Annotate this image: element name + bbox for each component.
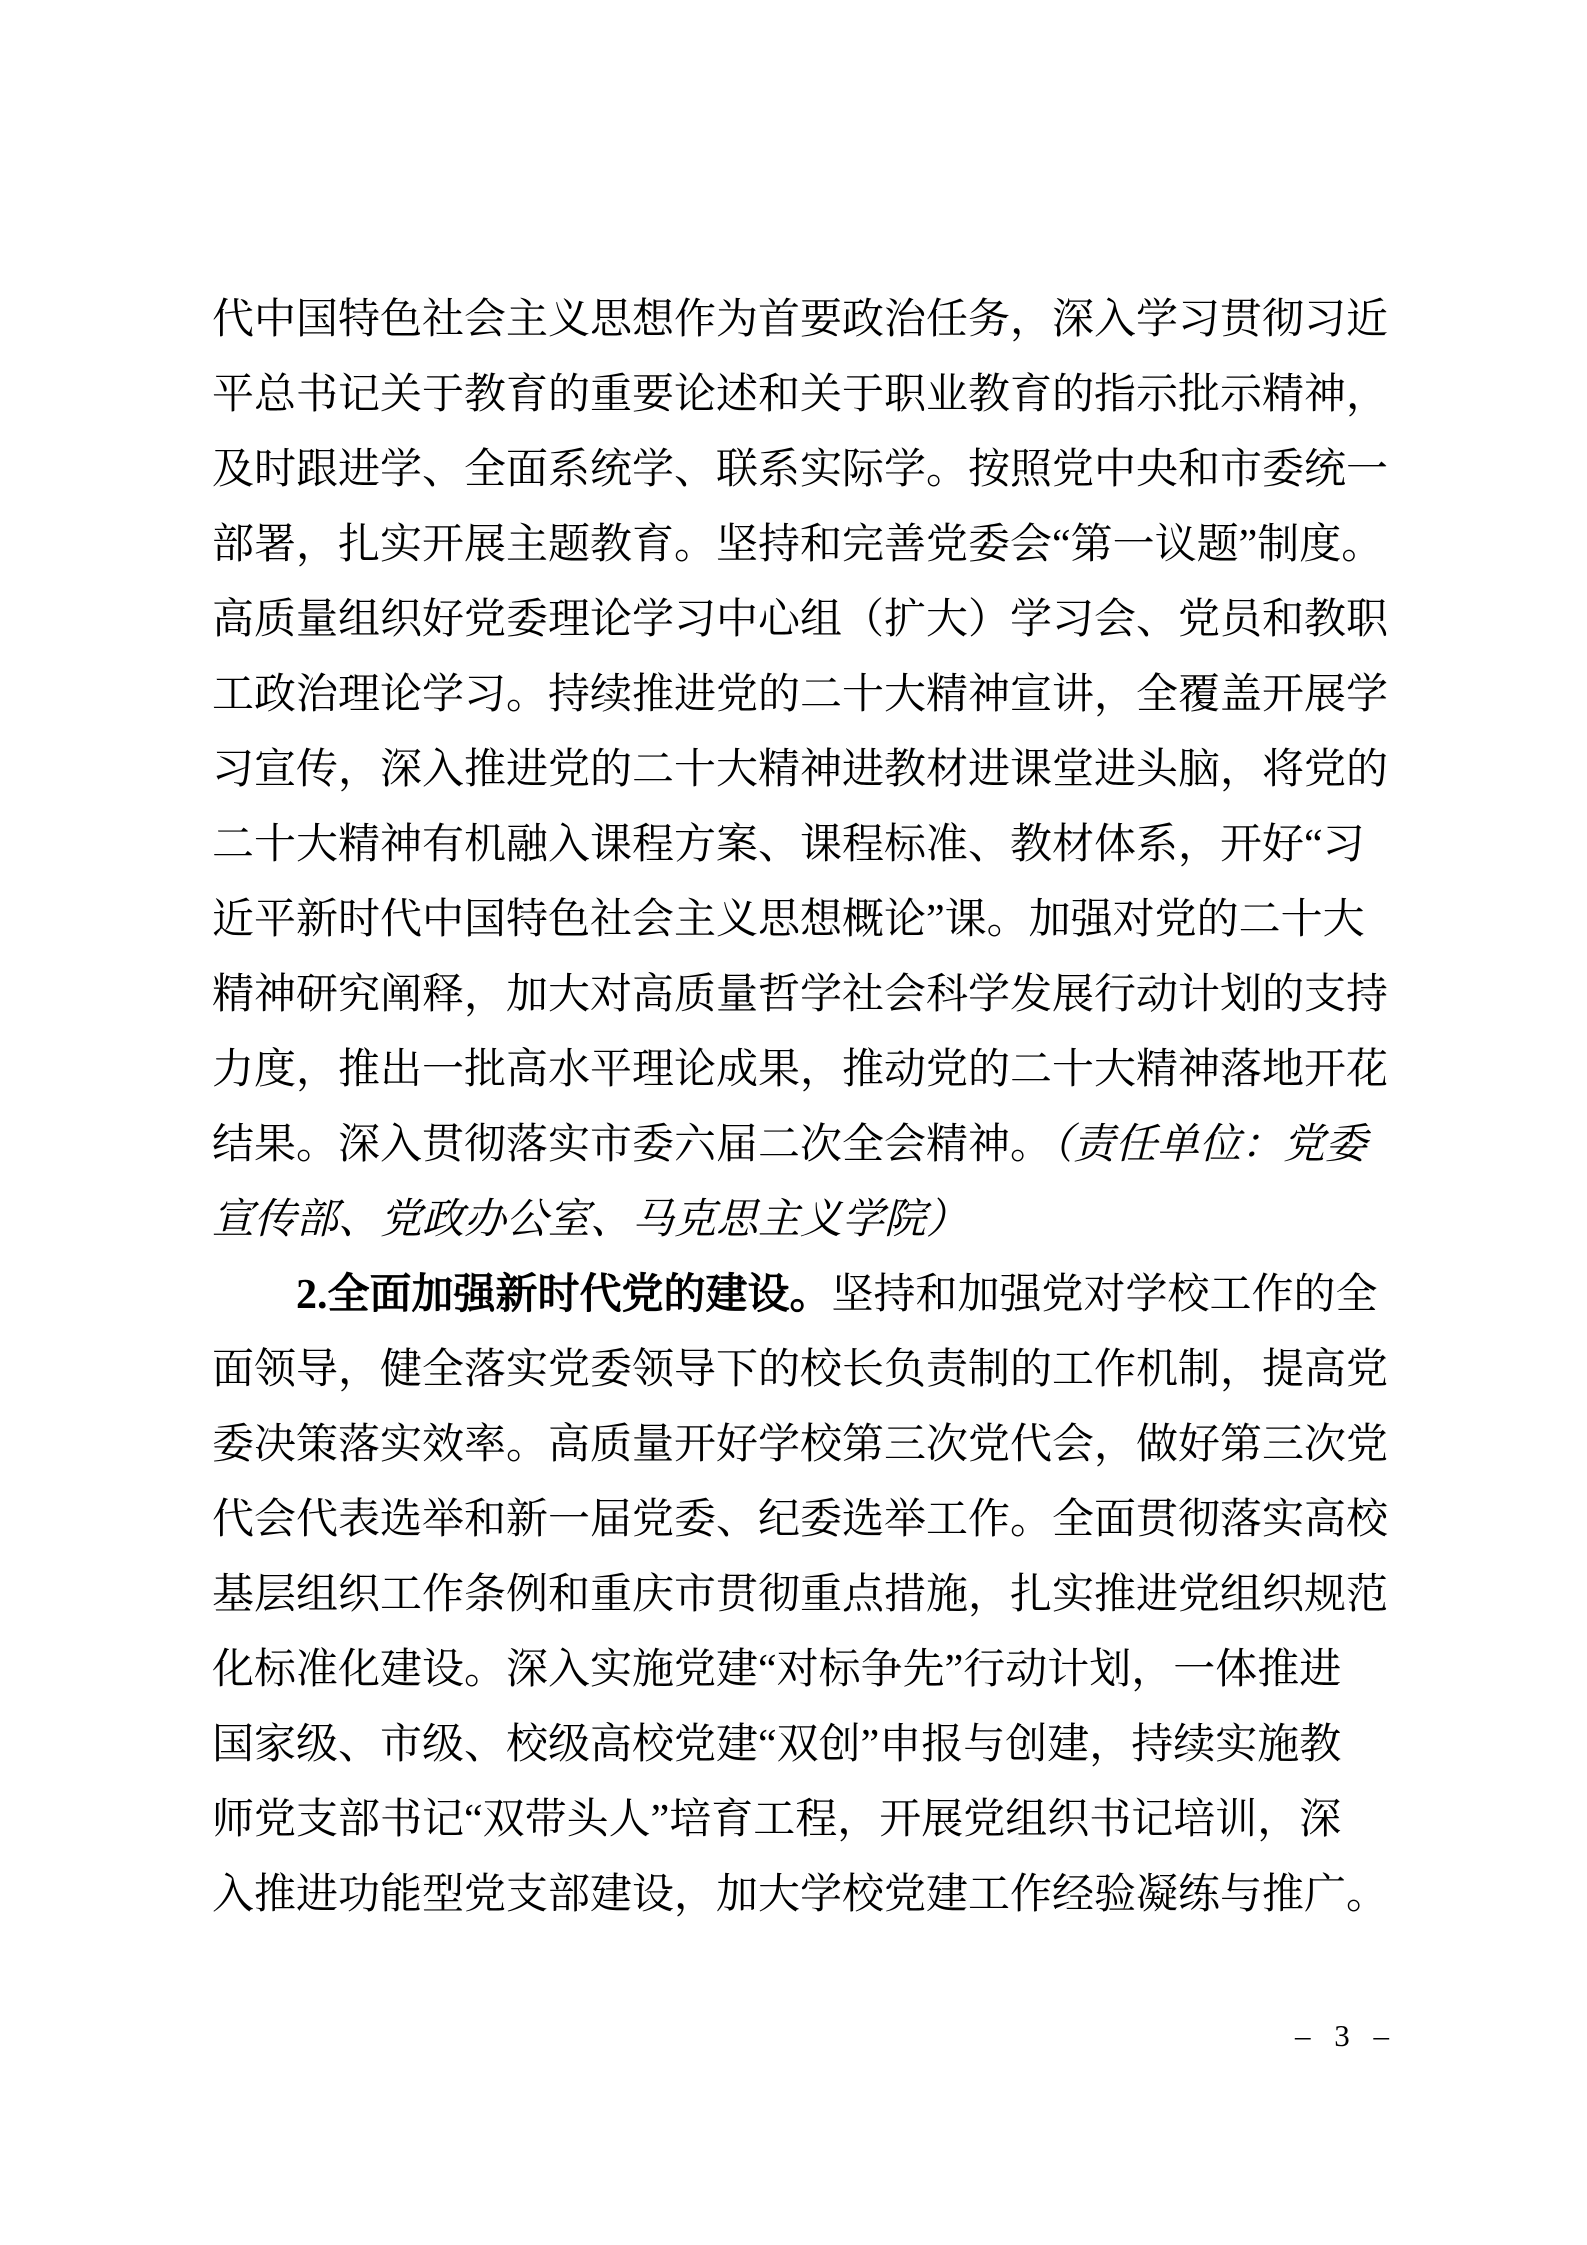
text-segment-body: 及时跟进学、全面系统学、联系实际学。按照党中央和市委统一: [212, 447, 1388, 493]
text-segment-body: 代中国特色社会主义思想作为首要政治任务，深入学习贯彻习近: [212, 297, 1388, 343]
text-segment-kai: 宣传部、党政办公室、马克思主义学院）: [212, 1197, 968, 1243]
text-segment-body: 代会代表选举和新一届党委、纪委选举工作。全面贯彻落实高校: [212, 1497, 1388, 1543]
text-segment-body: 坚持和加强党对学校工作的全: [832, 1272, 1378, 1318]
text-segment-body: 入推进功能型党支部建设，加大学校党建工作经验凝练与推广。: [212, 1872, 1388, 1918]
text-line: 面领导，健全落实党委领导下的校长负责制的工作机制，提高党: [212, 1333, 1392, 1408]
text-line: 二十大精神有机融入课程方案、课程标准、教材体系，开好“习: [212, 808, 1392, 883]
text-line: 及时跟进学、全面系统学、联系实际学。按照党中央和市委统一: [212, 433, 1392, 508]
text-segment-body: 面领导，健全落实党委领导下的校长负责制的工作机制，提高党: [212, 1347, 1388, 1393]
text-line: 师党支部书记“双带头人”培育工程，开展党组织书记培训，深: [212, 1783, 1392, 1858]
text-segment-kai: （责任单位：党委: [1052, 1122, 1367, 1168]
text-line: 精神研究阐释，加大对高质量哲学社会科学发展行动计划的支持: [212, 958, 1392, 1033]
text-segment-body: 近平新时代中国特色社会主义思想概论”课。加强对党的二十大: [212, 897, 1365, 943]
text-line: 习宣传，深入推进党的二十大精神进教材进课堂进头脑，将党的: [212, 733, 1392, 808]
text-line: 代中国特色社会主义思想作为首要政治任务，深入学习贯彻习近: [212, 283, 1392, 358]
text-line: 近平新时代中国特色社会主义思想概论”课。加强对党的二十大: [212, 883, 1392, 958]
text-segment-body: 力度，推出一批高水平理论成果，推动党的二十大精神落地开花: [212, 1047, 1388, 1093]
document-page: 代中国特色社会主义思想作为首要政治任务，深入学习贯彻习近平总书记关于教育的重要论…: [0, 0, 1587, 2245]
text-segment-body: 委决策落实效率。高质量开好学校第三次党代会，做好第三次党: [212, 1422, 1388, 1468]
text-line: 国家级、市级、校级高校党建“双创”申报与创建，持续实施教: [212, 1708, 1392, 1783]
text-line: 化标准化建设。深入实施党建“对标争先”行动计划，一体推进: [212, 1633, 1392, 1708]
text-segment-body: 部署，扎实开展主题教育。坚持和完善党委会“第一议题”制度。: [212, 522, 1383, 568]
text-segment-body: 习宣传，深入推进党的二十大精神进教材进课堂进头脑，将党的: [212, 747, 1388, 793]
text-segment-body: 师党支部书记“双带头人”培育工程，开展党组织书记培训，深: [212, 1797, 1341, 1843]
text-line: 入推进功能型党支部建设，加大学校党建工作经验凝练与推广。: [212, 1858, 1392, 1933]
text-segment-body: 基层组织工作条例和重庆市贯彻重点措施，扎实推进党组织规范: [212, 1572, 1388, 1618]
text-line: 2.全面加强新时代党的建设。坚持和加强党对学校工作的全: [212, 1258, 1392, 1333]
text-line: 宣传部、党政办公室、马克思主义学院）: [212, 1183, 1392, 1258]
text-segment-body: 二十大精神有机融入课程方案、课程标准、教材体系，开好“习: [212, 822, 1365, 868]
text-line: 工政治理论学习。持续推进党的二十大精神宣讲，全覆盖开展学: [212, 658, 1392, 733]
text-line: 结果。深入贯彻落实市委六届二次全会精神。（责任单位：党委: [212, 1108, 1392, 1183]
text-segment-body: 平总书记关于教育的重要论述和关于职业教育的指示批示精神，: [212, 372, 1388, 418]
text-line: 代会代表选举和新一届党委、纪委选举工作。全面贯彻落实高校: [212, 1483, 1392, 1558]
text-line: 平总书记关于教育的重要论述和关于职业教育的指示批示精神，: [212, 358, 1392, 433]
text-segment-body: 工政治理论学习。持续推进党的二十大精神宣讲，全覆盖开展学: [212, 672, 1388, 718]
text-segment-body: 国家级、市级、校级高校党建“双创”申报与创建，持续实施教: [212, 1722, 1341, 1768]
text-line: 部署，扎实开展主题教育。坚持和完善党委会“第一议题”制度。: [212, 508, 1392, 583]
text-line: 高质量组织好党委理论学习中心组（扩大）学习会、党员和教职: [212, 583, 1392, 658]
text-block: 代中国特色社会主义思想作为首要政治任务，深入学习贯彻习近平总书记关于教育的重要论…: [212, 283, 1392, 1933]
text-line: 力度，推出一批高水平理论成果，推动党的二十大精神落地开花: [212, 1033, 1392, 1108]
page-number: – 3 –: [1295, 2016, 1397, 2056]
text-segment-bold: 2.全面加强新时代党的建设。: [296, 1272, 832, 1318]
text-segment-body: 精神研究阐释，加大对高质量哲学社会科学发展行动计划的支持: [212, 972, 1388, 1018]
text-line: 委决策落实效率。高质量开好学校第三次党代会，做好第三次党: [212, 1408, 1392, 1483]
text-segment-body: 高质量组织好党委理论学习中心组（扩大）学习会、党员和教职: [212, 597, 1388, 643]
text-segment-body: 化标准化建设。深入实施党建“对标争先”行动计划，一体推进: [212, 1647, 1341, 1693]
text-segment-body: 结果。深入贯彻落实市委六届二次全会精神。: [212, 1122, 1052, 1168]
text-line: 基层组织工作条例和重庆市贯彻重点措施，扎实推进党组织规范: [212, 1558, 1392, 1633]
